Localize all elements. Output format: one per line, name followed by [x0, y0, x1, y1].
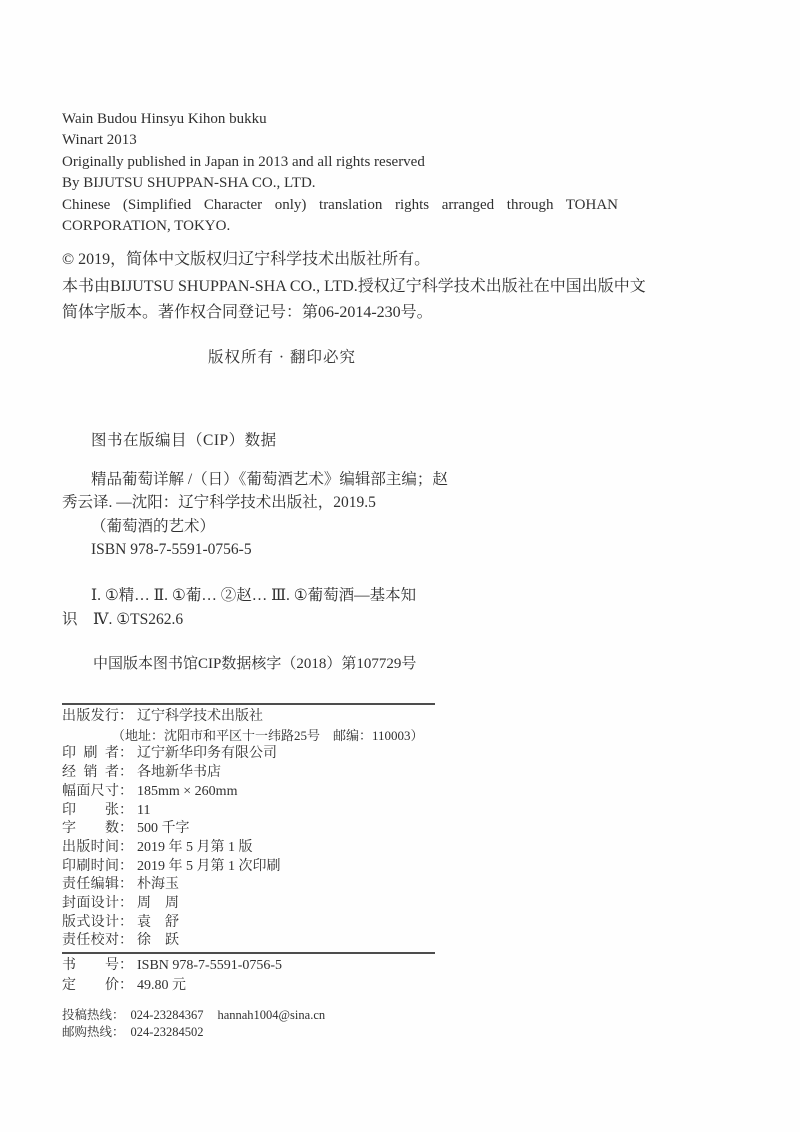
colophon-row-label: 印刷时间	[62, 858, 119, 877]
colophon-row-word-count: 字数：500 千字	[62, 820, 435, 839]
colophon-colon: ：	[112, 1025, 125, 1039]
colophon-row-publisher: 出版发行：辽宁科学技术出版社	[62, 708, 435, 727]
colophon-row-value: 185mm × 260mm	[137, 784, 237, 799]
colophon-colon: ：	[119, 933, 133, 948]
colophon-row-label: 封面设计	[62, 895, 119, 914]
colophon-row-label: 印张	[62, 802, 119, 821]
colophon-colon: ：	[112, 1008, 125, 1022]
colophon-row-cover-design: 封面设计：周 周	[62, 895, 435, 914]
book-number-value: ISBN 978-7-5591-0756-5	[137, 958, 282, 973]
colophon-row-label: 印刷者	[62, 745, 119, 764]
hotline-email: hannah1004@sina.cn	[217, 1008, 325, 1022]
cip-classification-line: Ⅰ. ①精… Ⅱ. ①葡… ②赵… Ⅲ. ①葡萄酒—基本知	[62, 584, 582, 608]
colophon-row-value: 各地新华书店	[137, 765, 221, 780]
hotline-number: 024-23284502	[131, 1025, 204, 1039]
colophon-row-label: 幅面尺寸	[62, 783, 119, 802]
foreign-rights-line: CORPORATION, TOKYO.	[62, 216, 618, 237]
price-value: 49.80 元	[137, 978, 186, 993]
colophon-row-value: 辽宁新华印务有限公司	[137, 746, 277, 761]
colophon-row-label: 责任编辑	[62, 876, 119, 895]
colophon-row-value: 500 千字	[137, 821, 190, 836]
colophon-colon: ：	[119, 803, 133, 818]
colophon-colon: ：	[119, 896, 133, 911]
colophon-colon: ：	[119, 765, 133, 780]
colophon-row-label: 出版发行	[62, 708, 119, 727]
cip-record-line: 秀云译. —沈阳：辽宁科学技术出版社，2019.5	[62, 491, 582, 514]
cip-record-line: （葡萄酒的艺术）	[62, 515, 582, 538]
foreign-rights-line: Chinese (Simplified Character only) tran…	[62, 195, 618, 216]
colophon-colon: ：	[119, 915, 133, 930]
colophon-row-distributor: 经销者：各地新华书店	[62, 764, 435, 783]
copyright-statement-block: © 2019，简体中文版权归辽宁科学技术出版社所有。 本书由BIJUTSU SH…	[62, 247, 662, 327]
copyright-line: 简体字版本。著作权合同登记号：第06-2014-230号。	[62, 300, 662, 327]
cip-record-line: ISBN 978-7-5591-0756-5	[62, 538, 582, 561]
price-row: 定价：49.80 元	[62, 976, 435, 996]
colophon-colon: ：	[119, 840, 133, 855]
colophon-row-sheets: 印张：11	[62, 802, 435, 821]
colophon-colon: ：	[119, 821, 133, 836]
cip-classification-block: Ⅰ. ①精… Ⅱ. ①葡… ②赵… Ⅲ. ①葡萄酒—基本知 识 Ⅳ. ①TS26…	[62, 584, 582, 632]
colophon-row-layout-design: 版式设计：袁 舒	[62, 914, 435, 933]
colophon-row-label: 字数	[62, 820, 119, 839]
cip-record-block: 精品葡萄详解 /（日）《葡萄酒艺术》编辑部主编；赵 秀云译. —沈阳：辽宁科学技…	[62, 468, 582, 562]
cip-record-line: 精品葡萄详解 /（日）《葡萄酒艺术》编辑部主编；赵	[62, 468, 582, 491]
submission-hotline-row: 投稿热线：024-23284367hannah1004@sina.cn	[62, 1007, 325, 1024]
colophon-row-label: 版式设计	[62, 914, 119, 933]
colophon-row-value: 2019 年 5 月第 1 次印刷	[137, 859, 281, 874]
colophon-colon: ：	[119, 784, 133, 799]
foreign-rights-line: Winart 2013	[62, 130, 618, 151]
colophon-colon: ：	[119, 859, 133, 874]
book-number-row: 书号：ISBN 978-7-5591-0756-5	[62, 956, 435, 976]
copyright-line: © 2019，简体中文版权归辽宁科学技术出版社所有。	[62, 247, 662, 274]
foreign-rights-line: By BIJUTSU SHUPPAN-SHA CO., LTD.	[62, 173, 618, 194]
colophon-colon: ：	[119, 877, 133, 892]
colophon-row-value: 11	[137, 803, 150, 818]
colophon-row-trim-size: 幅面尺寸：185mm × 260mm	[62, 783, 435, 802]
colophon-row-value: 袁 舒	[137, 915, 179, 930]
colophon-colon: ：	[119, 958, 133, 973]
colophon-row-label: 出版时间	[62, 839, 119, 858]
reprint-notice: 版权所有 · 翻印必究	[62, 345, 502, 367]
foreign-rights-line: Wain Budou Hinsyu Kihon bukku	[62, 109, 618, 130]
colophon-row-value: 朴海玉	[137, 877, 179, 892]
foreign-rights-line: Originally published in Japan in 2013 an…	[62, 152, 618, 173]
colophon-colon: ：	[119, 746, 133, 761]
hotline-number: 024-23284367	[131, 1008, 204, 1022]
colophon-block: 出版发行：辽宁科学技术出版社 （地址：沈阳市和平区十一纬路25号 邮编：1100…	[62, 703, 435, 995]
foreign-rights-block: Wain Budou Hinsyu Kihon bukku Winart 201…	[62, 109, 618, 237]
copyright-line: 本书由BIJUTSU SHUPPAN-SHA CO., LTD.授权辽宁科学技术…	[62, 274, 662, 301]
colophon-row-proofreader: 责任校对：徐 跃	[62, 932, 435, 951]
colophon-row-label: 经销者	[62, 764, 119, 783]
colophon-row-value: 2019 年 5 月第 1 版	[137, 840, 253, 855]
colophon-row-responsible-editor: 责任编辑：朴海玉	[62, 876, 435, 895]
cip-heading: 图书在版编目（CIP）数据	[91, 428, 277, 450]
hotline-label: 投稿热线	[62, 1007, 112, 1024]
hotline-label: 邮购热线	[62, 1024, 112, 1041]
colophon-row-value: 周 周	[137, 896, 179, 911]
cip-registry-line: 中国版本图书馆CIP数据核字（2018）第107729号	[93, 652, 416, 673]
cip-classification-line: 识 Ⅳ. ①TS262.6	[62, 608, 582, 632]
colophon-row-value: 徐 跃	[137, 933, 179, 948]
colophon-row-printing-date: 印刷时间：2019 年 5 月第 1 次印刷	[62, 858, 435, 877]
book-copyright-page: Wain Budou Hinsyu Kihon bukku Winart 201…	[0, 0, 800, 1132]
colophon-row-label: 书号	[62, 956, 119, 976]
colophon-row-publication-date: 出版时间：2019 年 5 月第 1 版	[62, 839, 435, 858]
colophon-row-value: 辽宁科学技术出版社	[137, 709, 263, 724]
mail-order-hotline-row: 邮购热线：024-23284502	[62, 1024, 325, 1041]
colophon-colon: ：	[119, 978, 133, 993]
colophon-row-label: 定价	[62, 976, 119, 996]
colophon-colon: ：	[119, 709, 133, 724]
publisher-address-line: （地址：沈阳市和平区十一纬路25号 邮编：110003）	[62, 727, 435, 746]
colophon-row-label: 责任校对	[62, 932, 119, 951]
hotlines-block: 投稿热线：024-23284367hannah1004@sina.cn 邮购热线…	[62, 1007, 325, 1040]
colophon-row-printer: 印刷者：辽宁新华印务有限公司	[62, 745, 435, 764]
